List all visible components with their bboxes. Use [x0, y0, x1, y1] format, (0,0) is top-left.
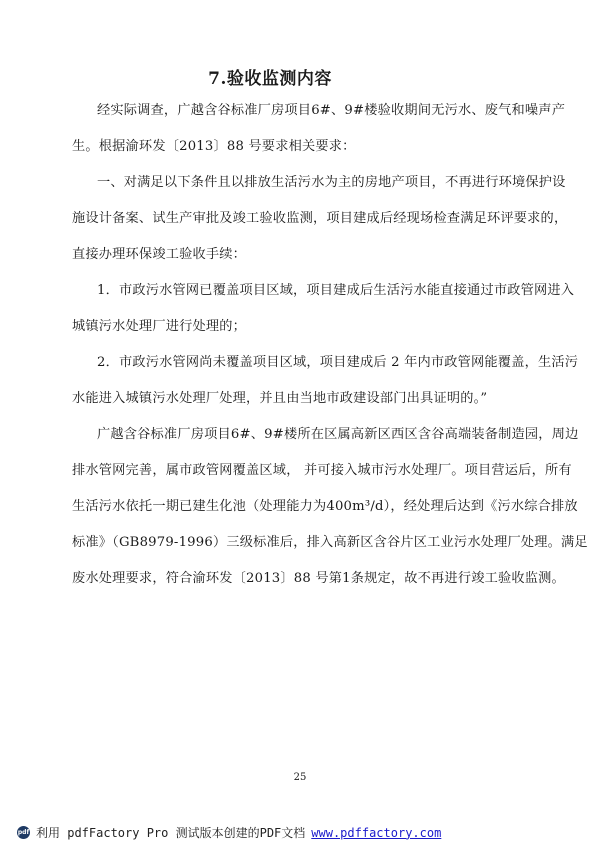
paragraph-line: 2．市政污水管网尚未覆盖项目区域，项目建成后 2 年内市政管网能覆盖，生活污 — [97, 354, 578, 372]
pdffactory-footer: pdf 利用 pdfFactory Pro 测试版本创建的PDF文档 www.p… — [17, 824, 441, 841]
paragraph-line: 废水处理要求，符合渝环发〔2013〕88 号第1条规定，故不再进行竣工验收监测。 — [72, 570, 565, 588]
paragraph-line: 经实际调查，广越含谷标准厂房项目6#、9#楼验收期间无污水、废气和噪声产 — [97, 102, 565, 120]
paragraph-line: 排水管网完善，属市政管网覆盖区域， 并可接入城市污水处理厂。项目营运后，所有 — [72, 462, 572, 480]
paragraph-line: 生。根据渝环发〔2013〕88 号要求相关要求： — [72, 138, 356, 156]
pdffactory-link[interactable]: www.pdffactory.com — [311, 826, 441, 840]
paragraph-line: 生活污水依托一期已建生化池（处理能力为400m³/d），经处理后达到《污水综合排… — [72, 498, 578, 516]
paragraph-line: 施设计备案、试生产审批及竣工验收监测，项目建成后经现场检查满足环评要求的， — [72, 210, 567, 228]
paragraph-line: 水能进入城镇污水处理厂处理，并且由当地市政建设部门出具证明的。” — [72, 390, 487, 408]
pdffactory-logo-icon: pdf — [17, 826, 30, 839]
page-number: 25 — [0, 772, 600, 783]
paragraph-line: 1．市政污水管网已覆盖项目区域，项目建成后生活污水能直接通过市政管网进入 — [97, 282, 574, 300]
paragraph-line: 广越含谷标准厂房项目6#、9#楼所在区属高新区西区含谷高端装备制造园，周边 — [97, 426, 578, 444]
section-title: 7.验收监测内容 — [0, 64, 600, 89]
paragraph-line: 一、对满足以下条件且以排放生活污水为主的房地产项目，不再进行环境保护设 — [97, 174, 566, 192]
paragraph-line: 城镇污水处理厂进行处理的； — [72, 318, 246, 336]
paragraph-line: 直接办理环保竣工验收手续： — [72, 246, 246, 264]
paragraph-line: 标准》（GB8979-1996）三级标准后，排入高新区含谷片区工业污水处理厂处理… — [72, 534, 588, 552]
footer-text: 利用 pdfFactory Pro 测试版本创建的PDF文档 — [36, 824, 305, 841]
